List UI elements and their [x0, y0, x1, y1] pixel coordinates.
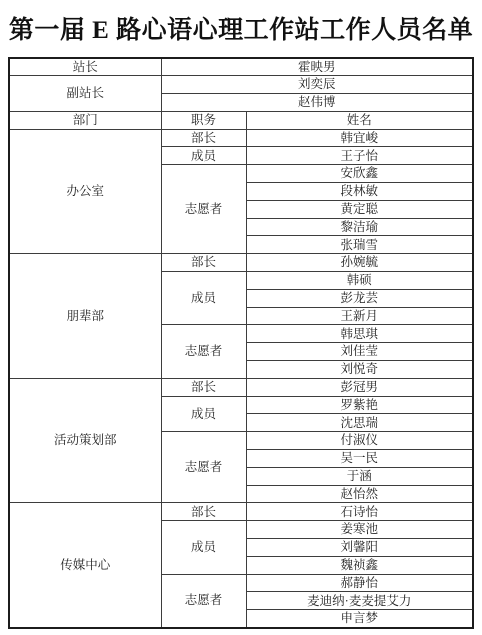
name-cell: 郝静怡 — [246, 574, 473, 592]
position-cell: 志愿者 — [161, 574, 246, 627]
name-cell: 申言梦 — [246, 610, 473, 628]
name-cell: 刘馨阳 — [246, 539, 473, 557]
header-cell-name: 姓名 — [246, 111, 473, 129]
name-cell: 韩宜峻 — [246, 129, 473, 147]
position-cell: 成员 — [161, 521, 246, 574]
department-cell: 传媒中心 — [9, 503, 161, 628]
name-cell: 黎洁瑜 — [246, 218, 473, 236]
position-cell: 志愿者 — [161, 325, 246, 378]
position-cell: 成员 — [161, 147, 246, 165]
name-cell: 刘悦奇 — [246, 361, 473, 379]
position-cell: 志愿者 — [161, 432, 246, 503]
table-row: 传媒中心 部长 石诗怡 — [9, 503, 473, 521]
table-header-row: 部门 职务 姓名 — [9, 111, 473, 129]
staff-roster-table: 站长 霍映男 副站长 刘奕辰 赵伟博 部门 职务 姓名 办公室 部长 韩宜峻 — [8, 57, 474, 629]
department-cell: 办公室 — [9, 129, 161, 254]
name-cell: 安欣鑫 — [246, 165, 473, 183]
name-cell: 彭龙芸 — [246, 289, 473, 307]
document-page: 第一届 E 路心语心理工作站工作人员名单 站长 霍映男 副站长 刘奕辰 赵伟博 … — [0, 0, 482, 635]
table-row: 朋辈部 部长 孙婉毓 — [9, 254, 473, 272]
name-cell: 黄定聪 — [246, 200, 473, 218]
name-cell: 姜寒池 — [246, 521, 473, 539]
position-cell: 部长 — [161, 129, 246, 147]
name-cell: 王新月 — [246, 307, 473, 325]
name-cell: 赵怡然 — [246, 485, 473, 503]
name-cell: 韩硕 — [246, 272, 473, 290]
header-cell-department: 部门 — [9, 111, 161, 129]
role-cell: 站长 — [9, 58, 161, 76]
name-cell: 孙婉毓 — [246, 254, 473, 272]
name-cell: 韩思琪 — [246, 325, 473, 343]
name-cell: 魏祯鑫 — [246, 556, 473, 574]
name-cell: 付淑仪 — [246, 432, 473, 450]
table-row: 活动策划部 部长 彭冠男 — [9, 378, 473, 396]
name-cell: 麦迪纳·麦麦提艾力 — [246, 592, 473, 610]
department-cell: 朋辈部 — [9, 254, 161, 379]
name-cell: 于涵 — [246, 467, 473, 485]
name-cell: 吴一民 — [246, 450, 473, 468]
position-cell: 志愿者 — [161, 165, 246, 254]
page-title: 第一届 E 路心语心理工作站工作人员名单 — [0, 10, 482, 46]
header-cell-position: 职务 — [161, 111, 246, 129]
name-cell: 彭冠男 — [246, 378, 473, 396]
name-cell: 张瑞雪 — [246, 236, 473, 254]
name-cell: 段林敏 — [246, 183, 473, 201]
name-cell: 刘奕辰 — [161, 76, 473, 94]
position-cell: 成员 — [161, 272, 246, 325]
table-row: 副站长 刘奕辰 — [9, 76, 473, 94]
name-cell: 沈思瑞 — [246, 414, 473, 432]
department-cell: 活动策划部 — [9, 378, 161, 503]
name-cell: 霍映男 — [161, 58, 473, 76]
position-cell: 部长 — [161, 254, 246, 272]
table-row: 站长 霍映男 — [9, 58, 473, 76]
name-cell: 王子怡 — [246, 147, 473, 165]
name-cell: 罗紫艳 — [246, 396, 473, 414]
position-cell: 部长 — [161, 378, 246, 396]
name-cell: 赵伟博 — [161, 94, 473, 112]
position-cell: 部长 — [161, 503, 246, 521]
table-row: 办公室 部长 韩宜峻 — [9, 129, 473, 147]
role-cell: 副站长 — [9, 76, 161, 112]
name-cell: 石诗怡 — [246, 503, 473, 521]
position-cell: 成员 — [161, 396, 246, 432]
name-cell: 刘佳莹 — [246, 343, 473, 361]
